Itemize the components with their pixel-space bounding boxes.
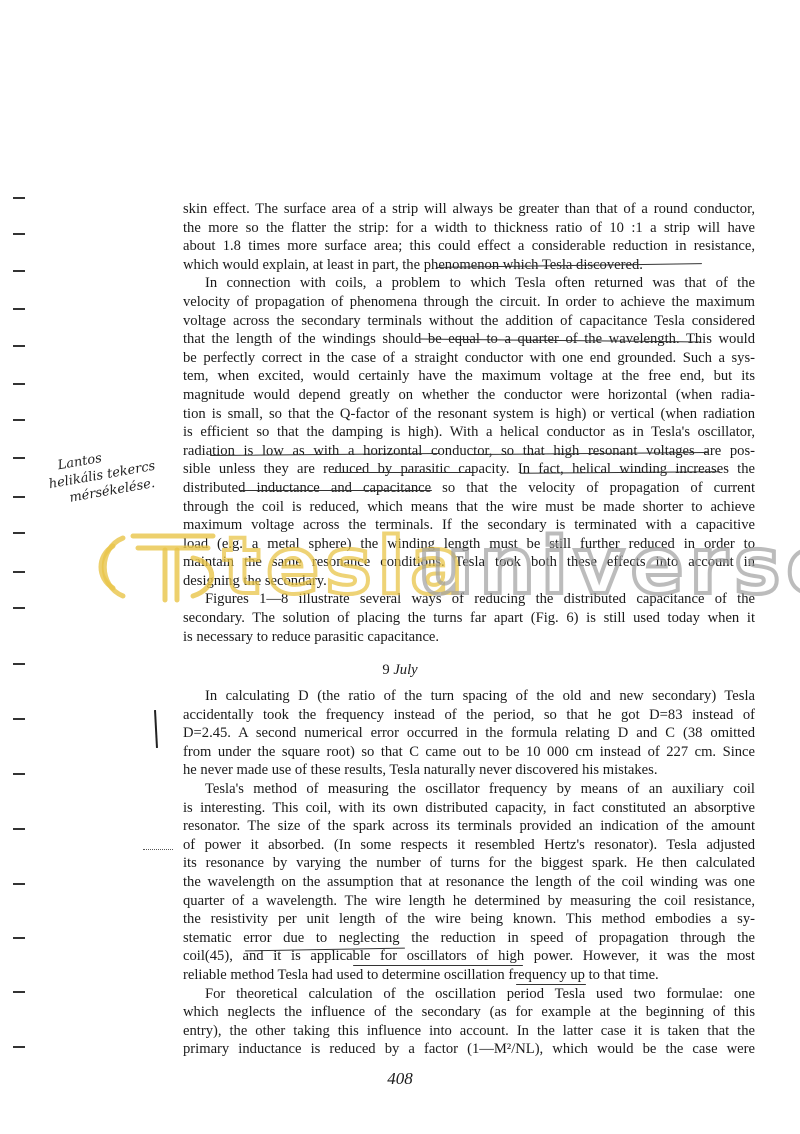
date-month: July [393, 662, 417, 678]
text-line: he never made use of these results, Tesl… [183, 761, 755, 780]
pen-underline [333, 472, 475, 473]
document-page: Lantos helikális tekercs mérsékelése. sk… [0, 0, 800, 1134]
text-line: the more so the flatter the strip: for a… [183, 219, 755, 238]
text-line: is necessary to reduce parasitic capacit… [183, 628, 755, 647]
text-line: maintain the same resonance conditions. … [183, 553, 755, 572]
text-line: In calculating D (the ratio of the turn … [183, 687, 755, 706]
paragraph: In connection with coils, a problem to w… [183, 274, 755, 590]
text-line: its resonance by varying the number of t… [183, 854, 755, 873]
text-line: is interesting. This coil, with its own … [183, 799, 755, 818]
text-line: radiation is low as with a horizontal co… [183, 442, 755, 461]
margin-tick [13, 457, 25, 459]
text-line: about 1.8 times more surface area; this … [183, 237, 755, 256]
margin-tick [13, 197, 25, 199]
text-line: Tesla's method of measuring the oscillat… [183, 780, 755, 799]
pen-underline [240, 490, 432, 491]
text-line: of power it absorbed. (In some respects … [183, 836, 755, 855]
text-line: designing the secondary. [183, 572, 755, 591]
margin-tick [13, 532, 25, 534]
text-line: stematic error due to neglecting the red… [183, 929, 755, 948]
paragraph: Tesla's method of measuring the oscillat… [183, 780, 755, 985]
pen-underline [353, 965, 523, 966]
margin-tick [13, 419, 25, 421]
text-line: quarter of a wavelength. The wire length… [183, 892, 755, 911]
page-number: 408 [0, 1069, 800, 1089]
text-line: distributed inductance and capacitance s… [183, 479, 755, 498]
margin-tick [13, 937, 25, 939]
margin-tick [13, 345, 25, 347]
margin-tick [13, 607, 25, 609]
text-line: load (e.g. a metal sphere) the winding l… [183, 535, 755, 554]
text-line: skin effect. The surface area of a strip… [183, 200, 755, 219]
margin-tick [13, 571, 25, 573]
paragraph: For theoretical calculation of the oscil… [183, 985, 755, 1059]
handwritten-margin-note: Lantos helikális tekercs mérsékelése. [45, 437, 182, 510]
text-line: the wavelength on the assumption that at… [183, 873, 755, 892]
margin-tick [13, 233, 25, 235]
margin-tick [13, 308, 25, 310]
margin-tick [13, 718, 25, 720]
text-line: which neglects the influence of the seco… [183, 1003, 755, 1022]
text-line: which would explain, at least in part, t… [183, 256, 755, 275]
text-line: maximum voltage across the terminals. If… [183, 516, 755, 535]
text-line: tem, when excited, would certainly have … [183, 367, 755, 386]
text-line: velocity of propagation of phenomena thr… [183, 293, 755, 312]
text-line: resonator. The size of the spark across … [183, 817, 755, 836]
body-text-bottom: In calculating D (the ratio of the turn … [183, 687, 755, 1059]
margin-tick [13, 1046, 25, 1048]
margin-vertical-mark [154, 710, 158, 748]
margin-tick [13, 496, 25, 498]
margin-dotted-mark [143, 849, 173, 851]
text-line: tion is small, so that the Q-factor of t… [183, 405, 755, 424]
margin-tick [13, 773, 25, 775]
text-line: secondary. The solution of placing the t… [183, 609, 755, 628]
text-line: primary inductance is reduced by a facto… [183, 1040, 755, 1059]
text-line: from under the square root) so that C ca… [183, 743, 755, 762]
date-heading: 9 July [0, 662, 800, 679]
paragraph: In calculating D (the ratio of the turn … [183, 687, 755, 780]
text-line: reliable method Tesla had used to determ… [183, 966, 755, 985]
margin-tick [13, 270, 25, 272]
text-line: be perfectly correct in the case of a st… [183, 349, 755, 368]
text-line: magnitude would depend greatly on whethe… [183, 386, 755, 405]
text-line: entry), the other taking this influence … [183, 1022, 755, 1041]
text-line: Figures 1—8 illustrate several ways of r… [183, 590, 755, 609]
paragraph: Figures 1—8 illustrate several ways of r… [183, 590, 755, 646]
text-line: For theoretical calculation of the oscil… [183, 985, 755, 1004]
text-line: accidentally took the frequency instead … [183, 706, 755, 725]
text-line: D=2.45. A second numerical error occurre… [183, 724, 755, 743]
margin-tick [13, 883, 25, 885]
text-line: through the coil is reduced, which means… [183, 498, 755, 517]
margin-tick [13, 991, 25, 993]
margin-tick [13, 828, 25, 830]
text-line: In connection with coils, a problem to w… [183, 274, 755, 293]
text-line: is efficient so that the damping is high… [183, 423, 755, 442]
text-line: sible unless they are reduced by parasit… [183, 460, 755, 479]
text-line: voltage across the secondary terminals w… [183, 312, 755, 331]
pen-underline [516, 984, 586, 985]
text-line: the resistivity per unit length of the w… [183, 910, 755, 929]
date-day: 9 [382, 662, 389, 678]
margin-tick [13, 383, 25, 385]
